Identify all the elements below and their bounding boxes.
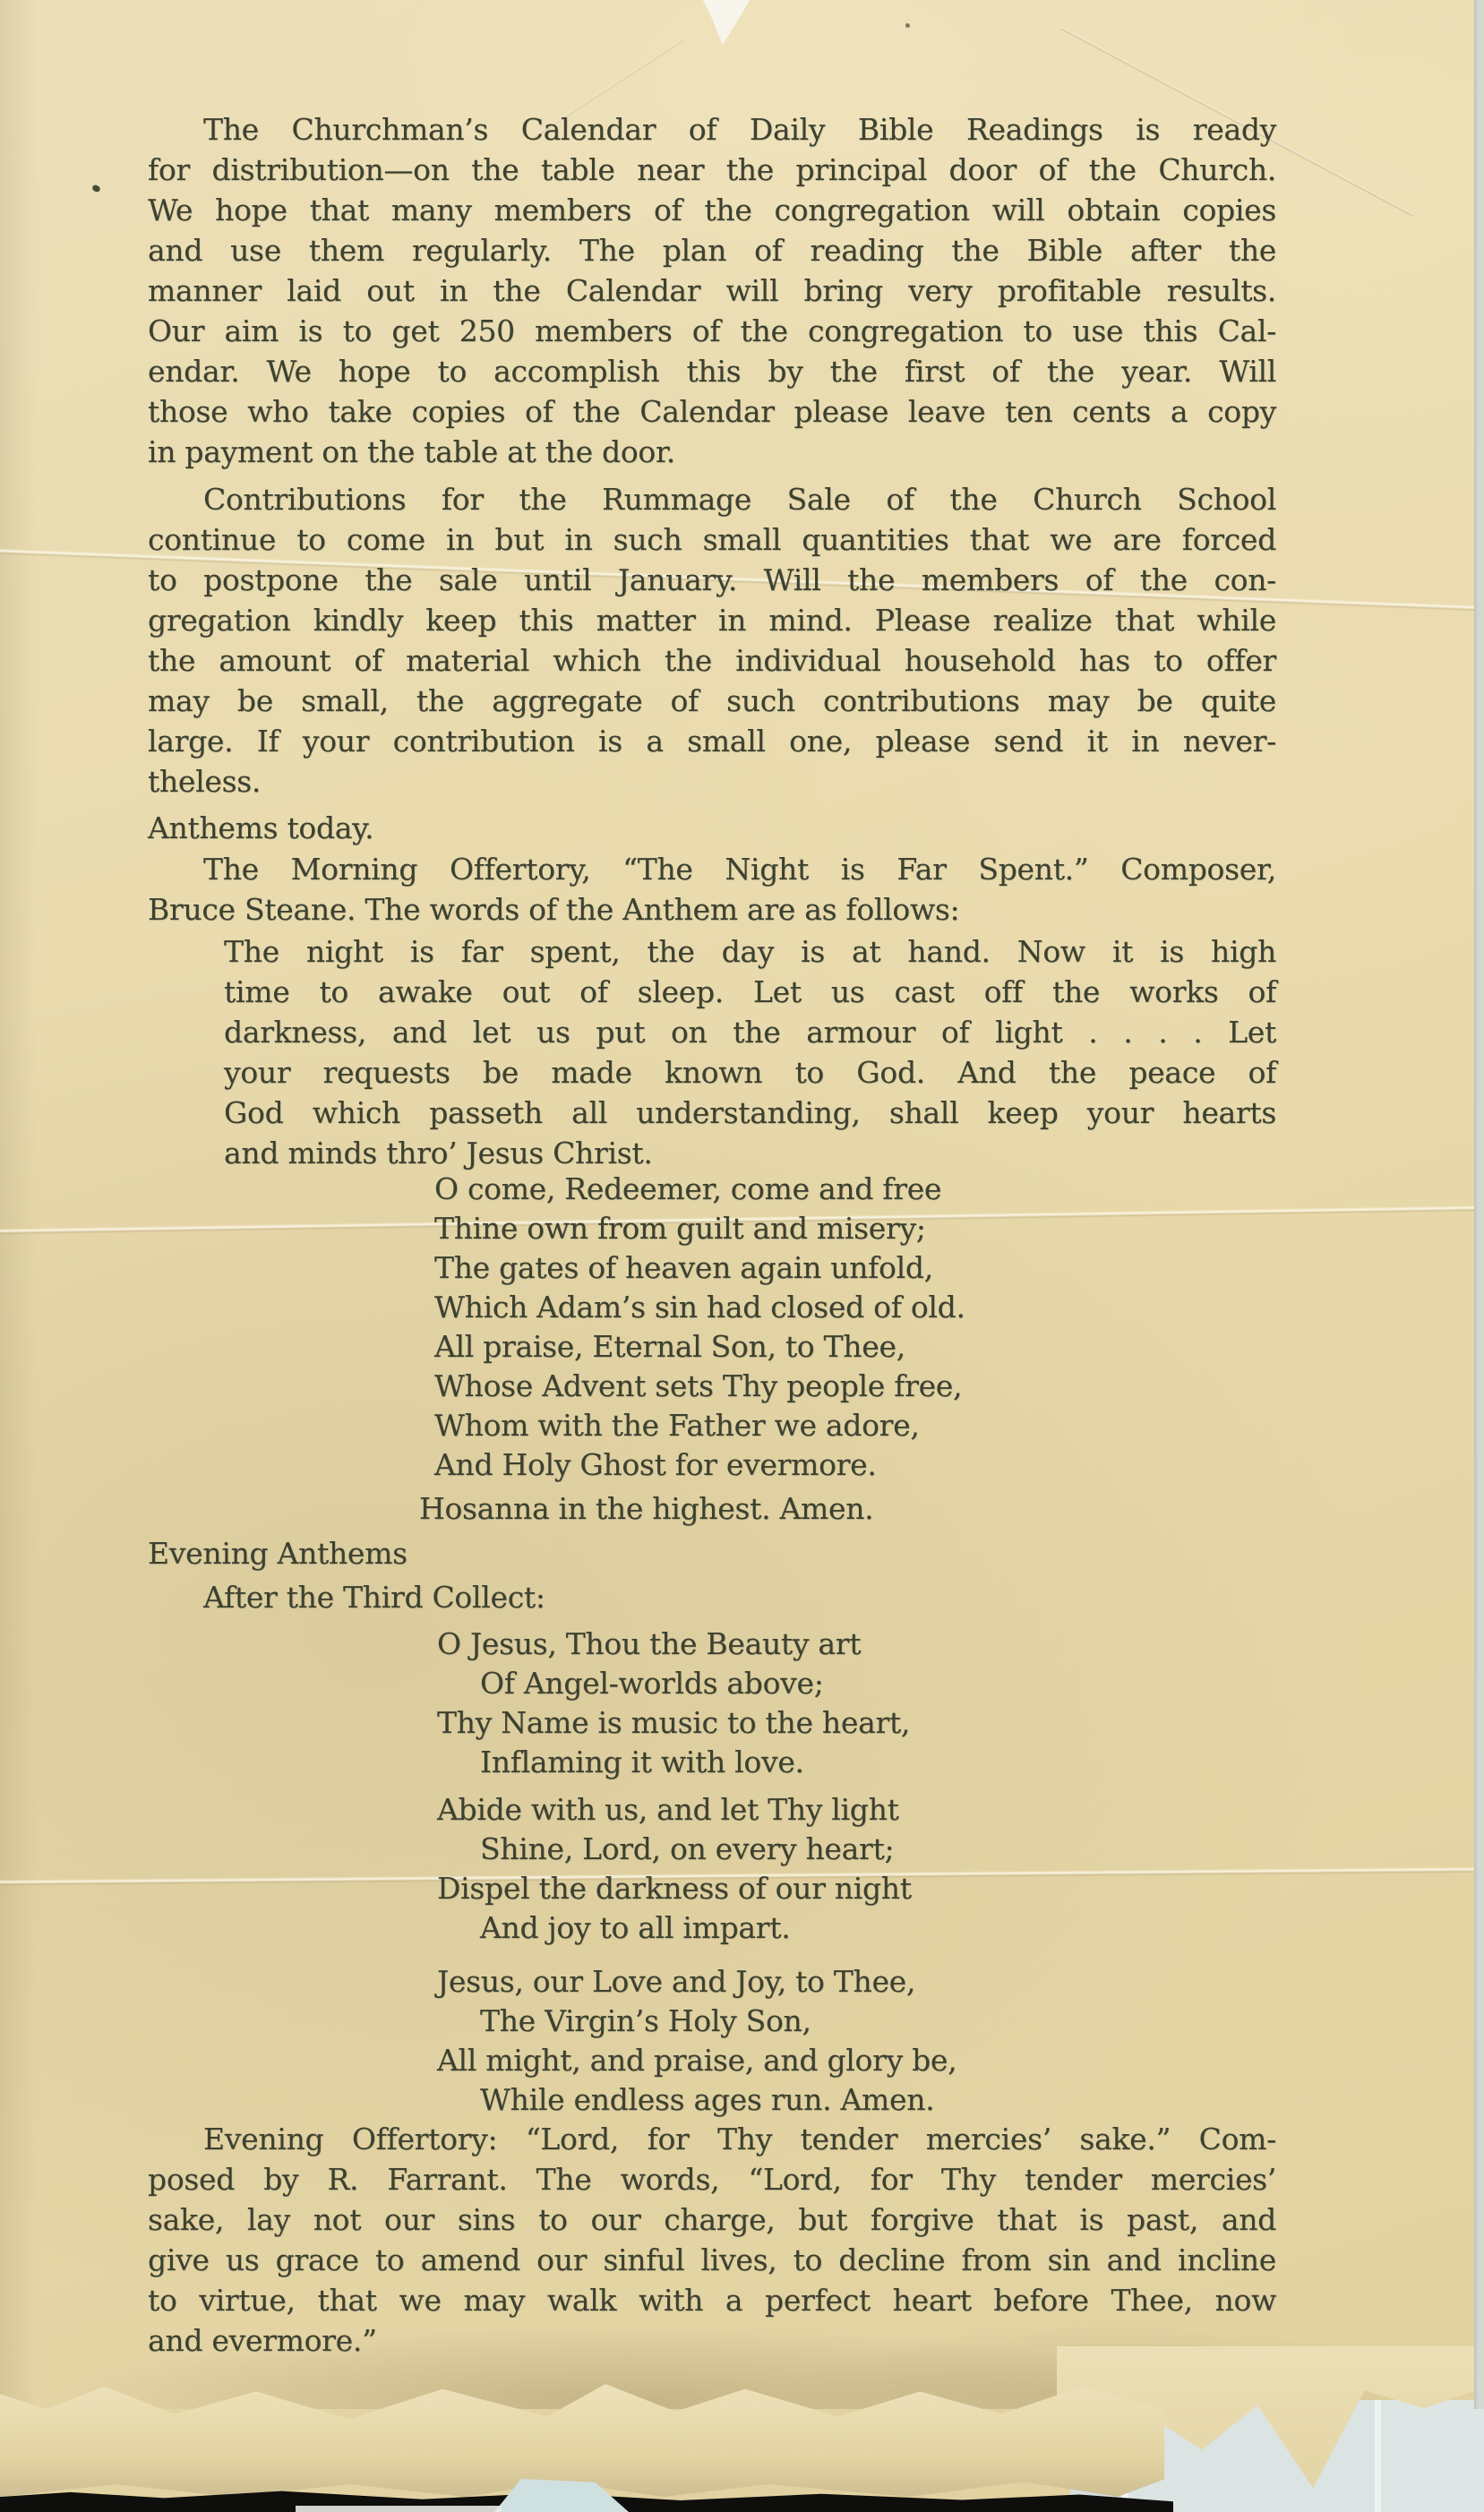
- third-collect-subheading: After the Third Collect:: [203, 1577, 741, 1617]
- hymn-stanza-abide-with-us: Abide with us, and let Thy light Shine, …: [437, 1790, 1118, 1948]
- verse-line: Dispel the darkness of our night: [437, 1869, 1118, 1908]
- text-line: manner laid out in the Calendar will bri…: [148, 270, 1276, 311]
- verse-line: Of Angel-worlds above;: [437, 1664, 1118, 1703]
- text-line: The Churchman’s Calendar of Daily Bible …: [148, 109, 1276, 150]
- verse-line: All praise, Eternal Son, to Thee,: [434, 1326, 1115, 1366]
- bulletin-scan-page: The Churchman’s Calendar of Daily Bible …: [0, 0, 1484, 2512]
- text-line: those who take copies of the Calendar pl…: [148, 391, 1276, 432]
- verse-line: Jesus, our Love and Joy, to Thee,: [437, 1962, 1118, 2002]
- verse-line: O come, Redeemer, come and free: [434, 1169, 1115, 1208]
- verse-line: Which Adam’s sin had closed of old.: [434, 1287, 1115, 1326]
- text-line: Contributions for the Rummage Sale of th…: [148, 479, 1276, 519]
- verse-line: Inflaming it with love.: [437, 1743, 1118, 1782]
- verse-line: While endless ages run. Amen.: [437, 2080, 1118, 2120]
- tear-gap-backing: [296, 2506, 502, 2512]
- text-line: The Morning Offertory, “The Night is Far…: [148, 849, 1276, 889]
- text-line: to postpone the sale until January. Will…: [148, 560, 1276, 600]
- text-line: darkness, and let us put on the armour o…: [224, 1012, 1276, 1052]
- text-line: the amount of material which the individ…: [148, 640, 1276, 681]
- verse-line: O Jesus, Thou the Beauty art: [437, 1625, 1118, 1664]
- text-line: sake, lay not our sins to our charge, bu…: [148, 2199, 1276, 2240]
- paragraph-calendar: The Churchman’s Calendar of Daily Bible …: [148, 109, 1276, 472]
- text-line: gregation kindly keep this matter in min…: [148, 600, 1276, 640]
- text-line: for distribution—on the table near the p…: [148, 150, 1276, 190]
- verse-line: And Holy Ghost for evermore.: [434, 1445, 1115, 1484]
- text-line: time to awake out of sleep. Let us cast …: [224, 972, 1276, 1012]
- hymn-stanza-o-come-redeemer: O come, Redeemer, come and free Thine ow…: [434, 1169, 1115, 1484]
- verse-line: Abide with us, and let Thy light: [437, 1790, 1118, 1830]
- text-line: in payment on the table at the door.: [148, 432, 1276, 472]
- text-line: your requests be made known to God. And …: [224, 1052, 1276, 1093]
- anthem-words-quote: The night is far spent, the day is at ha…: [224, 931, 1276, 1173]
- paragraph-morning-offertory: The Morning Offertory, “The Night is Far…: [148, 849, 1276, 930]
- verse-line: And joy to all impart.: [437, 1908, 1118, 1948]
- verse-line: Thy Name is music to the heart,: [437, 1703, 1118, 1743]
- paragraph-rummage-sale: Contributions for the Rummage Sale of th…: [148, 479, 1276, 802]
- text-line: God which passeth all understanding, sha…: [224, 1093, 1276, 1133]
- anthems-today-heading: Anthems today.: [148, 808, 775, 848]
- text-line: We hope that many members of the congreg…: [148, 190, 1276, 230]
- text-line: and minds thro’ Jesus Christ.: [224, 1133, 1276, 1173]
- evening-anthems-heading: Evening Anthems: [148, 1533, 685, 1573]
- verse-line: Whose Advent sets Thy people free,: [434, 1366, 1115, 1405]
- text-line: theless.: [148, 761, 1276, 802]
- text-line: give us grace to amend our sinful lives,…: [148, 2240, 1276, 2280]
- text-line: Bruce Steane. The words of the Anthem ar…: [148, 889, 1276, 930]
- text-line: may be small, the aggregate of such cont…: [148, 681, 1276, 721]
- text-line: Evening Offertory: “Lord, for Thy tender…: [148, 2119, 1276, 2159]
- text-line: endar. We hope to accomplish this by the…: [148, 351, 1276, 391]
- hosanna-line: Hosanna in the highest. Amen.: [419, 1488, 1046, 1529]
- hymn-stanza-jesus-our-love: Jesus, our Love and Joy, to Thee, The Vi…: [437, 1962, 1118, 2120]
- verse-line: Whom with the Father we adore,: [434, 1405, 1115, 1445]
- verse-line: The Virgin’s Holy Son,: [437, 2002, 1118, 2041]
- hymn-stanza-o-jesus: O Jesus, Thou the Beauty art Of Angel-wo…: [437, 1625, 1118, 1782]
- ink-speck: [905, 23, 910, 28]
- verse-line: Thine own from guilt and misery;: [434, 1208, 1115, 1247]
- text-line: Our aim is to get 250 members of the con…: [148, 311, 1276, 351]
- verse-line: The gates of heaven again unfold,: [434, 1247, 1115, 1287]
- scan-edge-strip: [1474, 0, 1484, 2409]
- text-line: continue to come in but in such small qu…: [148, 519, 1276, 560]
- text-line: posed by R. Farrant. The words, “Lord, f…: [148, 2159, 1276, 2199]
- text-line: and use them regularly. The plan of read…: [148, 230, 1276, 270]
- text-line: The night is far spent, the day is at ha…: [224, 931, 1276, 972]
- text-line: large. If your contribution is a small o…: [148, 721, 1276, 761]
- verse-line: All might, and praise, and glory be,: [437, 2041, 1118, 2080]
- verse-line: Shine, Lord, on every heart;: [437, 1830, 1118, 1869]
